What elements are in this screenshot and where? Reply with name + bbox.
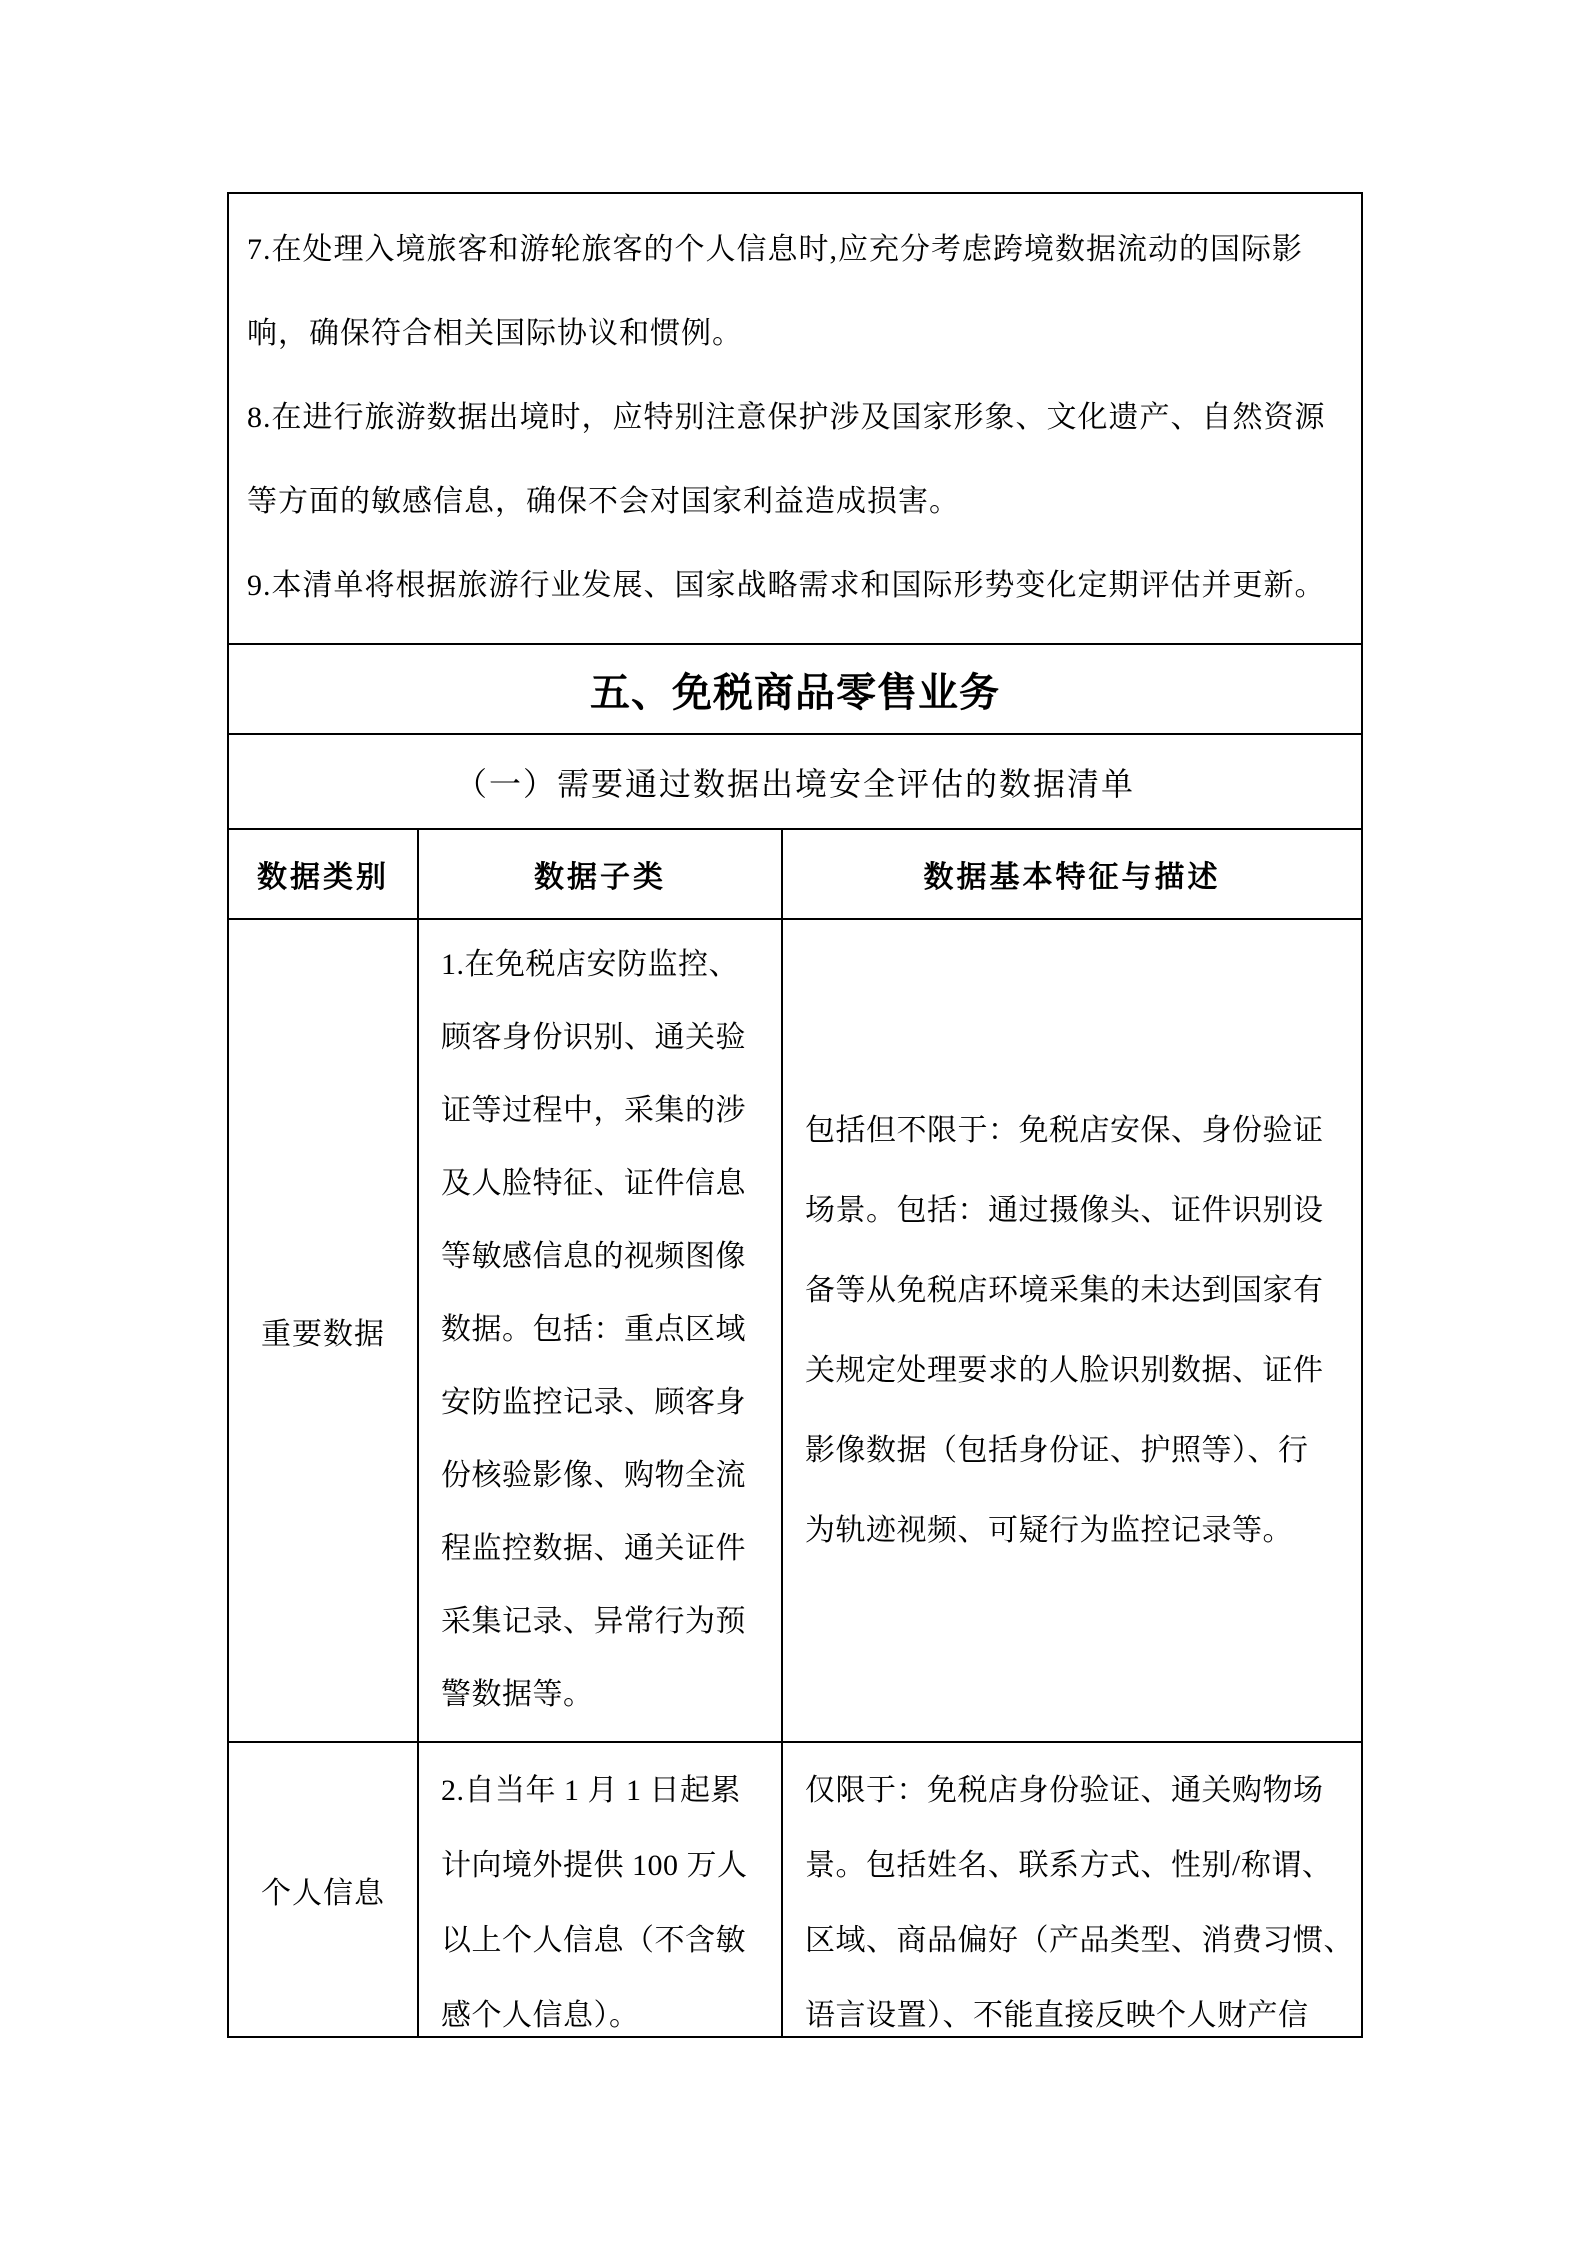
section-title-row: 五、免税商品零售业务 (229, 645, 1361, 735)
text-line: 影像数据（包括身份证、护照等）、行 (805, 1411, 1345, 1491)
text-line: 2.自当年 1 月 1 日起累 (441, 1753, 765, 1828)
text-line: 等敏感信息的视频图像 (441, 1220, 765, 1293)
subcategory-cell: 2.自当年 1 月 1 日起累计向境外提供 100 万人以上个人信息（不含敏感个… (419, 1743, 783, 2036)
text-line: 警数据等。 (441, 1658, 765, 1731)
text-line: 区域、商品偏好（产品类型、消费习惯、 (805, 1903, 1345, 1978)
subcategory-cell: 1.在免税店安防监控、顾客身份识别、通关验证等过程中，采集的涉及人脸特征、证件信… (419, 920, 783, 1741)
note-paragraph-7: 7.在处理入境旅客和游轮旅客的个人信息时,应充分考虑跨境数据流动的国际影响，确保… (247, 208, 1351, 376)
data-export-table: 7.在处理入境旅客和游轮旅客的个人信息时,应充分考虑跨境数据流动的国际影响，确保… (227, 192, 1363, 2038)
category-cell: 个人信息 (229, 1743, 419, 2036)
table-row: 重要数据 1.在免税店安防监控、顾客身份识别、通关验证等过程中，采集的涉及人脸特… (229, 920, 1361, 1743)
note-paragraph-9: 9.本清单将根据旅游行业发展、国家战略需求和国际形势变化定期评估并更新。 (247, 544, 1351, 628)
text-line: 感个人信息）。 (441, 1978, 765, 2036)
text-line: 采集记录、异常行为预 (441, 1585, 765, 1658)
table-header-row: 数据类别 数据子类 数据基本特征与描述 (229, 830, 1361, 920)
header-cell-category: 数据类别 (229, 830, 419, 918)
text-line: 包括但不限于：免税店安保、身份验证 (805, 1091, 1345, 1171)
table-row: 个人信息 2.自当年 1 月 1 日起累计向境外提供 100 万人以上个人信息（… (229, 1743, 1361, 2036)
text-line: 顾客身份识别、通关验 (441, 1001, 765, 1074)
text-line: 1.在免税店安防监控、 (441, 928, 765, 1001)
text-line: 关规定处理要求的人脸识别数据、证件 (805, 1331, 1345, 1411)
text-line: 程监控数据、通关证件 (441, 1512, 765, 1585)
text-line: 以上个人信息（不含敏 (441, 1903, 765, 1978)
text-line: 份核验影像、购物全流 (441, 1439, 765, 1512)
text-line: 数据。包括：重点区域 (441, 1293, 765, 1366)
header-cell-subcategory: 数据子类 (419, 830, 783, 918)
text-line: 景。包括姓名、联系方式、性别/称谓、 (805, 1828, 1345, 1903)
text-line: 安防监控记录、顾客身 (441, 1366, 765, 1439)
document-page: { "notes": [ {"lines": ["7.在处理入境旅客和游轮旅客的… (0, 0, 1587, 2245)
text-line: 场景。包括：通过摄像头、证件识别设 (805, 1171, 1345, 1251)
header-cell-description: 数据基本特征与描述 (783, 830, 1361, 918)
text-line: 9.本清单将根据旅游行业发展、国家战略需求和国际形势变化定期评估并更新。 (247, 544, 1351, 628)
category-cell: 重要数据 (229, 920, 419, 1741)
text-line: 语言设置）、不能直接反映个人财产信 (805, 1978, 1345, 2036)
section-title: 五、免税商品零售业务 (590, 661, 1000, 718)
text-line: 备等从免税店环境采集的未达到国家有 (805, 1251, 1345, 1331)
text-line: 及人脸特征、证件信息 (441, 1147, 765, 1220)
text-line: 响，确保符合相关国际协议和惯例。 (247, 292, 1351, 376)
text-line: 8.在进行旅游数据出境时，应特别注意保护涉及国家形象、文化遗产、自然资源 (247, 376, 1351, 460)
section-subtitle-row: （一）需要通过数据出境安全评估的数据清单 (229, 735, 1361, 830)
description-cell: 仅限于：免税店身份验证、通关购物场景。包括姓名、联系方式、性别/称谓、区域、商品… (783, 1743, 1361, 2036)
note-paragraph-8: 8.在进行旅游数据出境时，应特别注意保护涉及国家形象、文化遗产、自然资源等方面的… (247, 376, 1351, 544)
section-subtitle: （一）需要通过数据出境安全评估的数据清单 (455, 759, 1135, 805)
text-line: 等方面的敏感信息，确保不会对国家利益造成损害。 (247, 460, 1351, 544)
text-line: 仅限于：免税店身份验证、通关购物场 (805, 1753, 1345, 1828)
text-line: 证等过程中，采集的涉 (441, 1074, 765, 1147)
text-line: 7.在处理入境旅客和游轮旅客的个人信息时,应充分考虑跨境数据流动的国际影 (247, 208, 1351, 292)
notes-cell: 7.在处理入境旅客和游轮旅客的个人信息时,应充分考虑跨境数据流动的国际影响，确保… (229, 194, 1361, 645)
description-cell: 包括但不限于：免税店安保、身份验证场景。包括：通过摄像头、证件识别设备等从免税店… (783, 920, 1361, 1741)
text-line: 计向境外提供 100 万人 (441, 1828, 765, 1903)
text-line: 为轨迹视频、可疑行为监控记录等。 (805, 1491, 1345, 1571)
